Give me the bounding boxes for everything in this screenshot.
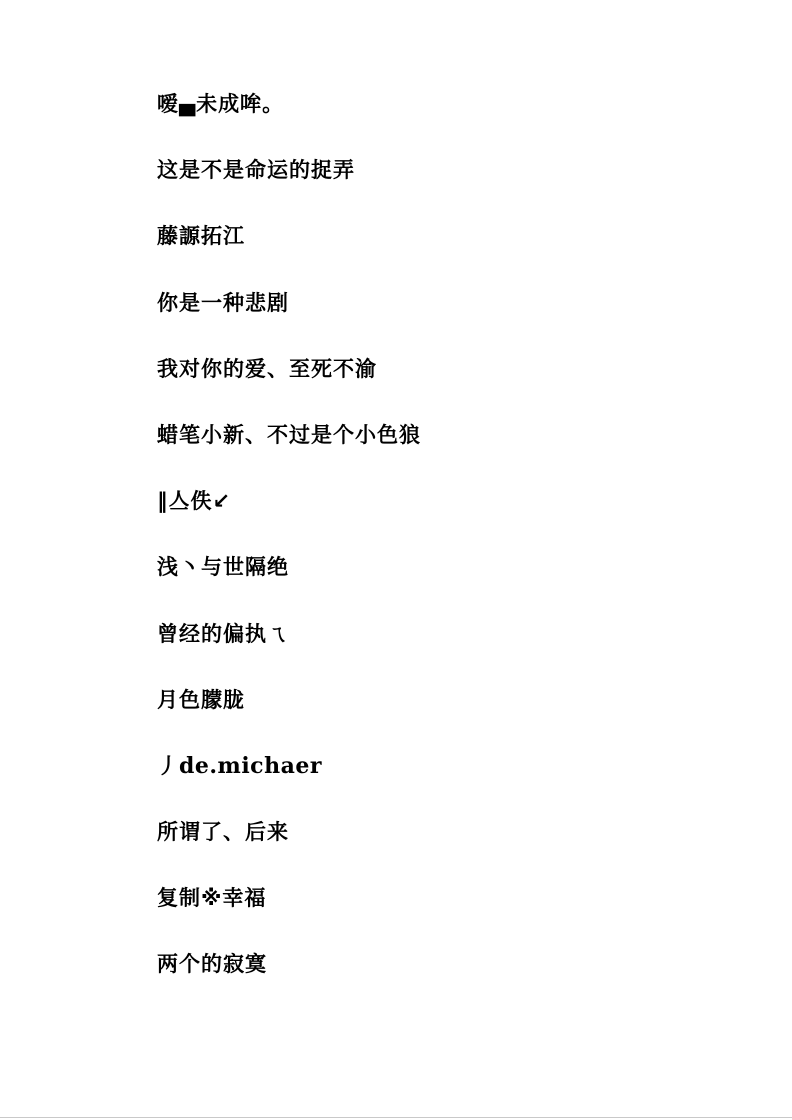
text-line: ‖亼佚↙: [157, 490, 421, 556]
text-content: 嗳▄未成哞。 这是不是命运的捉弄 藤謜拓江 你是一种悲剧 我对你的爱、至死不渝 …: [157, 93, 421, 1020]
text-line: 蜡笔小新、不过是个小色狼: [157, 424, 421, 490]
text-line: 所谓了、后来: [157, 821, 421, 887]
line-text: 所谓了、后来: [157, 820, 289, 844]
line-text: 我对你的爱、至死不渝: [157, 357, 377, 381]
text-line: 你是一种悲剧: [157, 292, 421, 358]
text-line: 两个的寂寞: [157, 953, 421, 1019]
line-text: 复制※幸福: [157, 886, 266, 910]
text-line: 我对你的爱、至死不渝: [157, 358, 421, 424]
line-text: 藤謜拓江: [157, 224, 245, 248]
text-line: 这是不是命运的捉弄: [157, 159, 421, 225]
line-cjk-prefix: 丿: [157, 754, 179, 778]
line-text: 曾经的偏执ㄟ: [157, 622, 289, 646]
line-latin-text: de.michaer: [179, 753, 322, 779]
text-line: 藤謜拓江: [157, 225, 421, 291]
line-text: 这是不是命运的捉弄: [157, 158, 355, 182]
line-text: 两个的寂寞: [157, 952, 267, 976]
text-line: 曾经的偏执ㄟ: [157, 623, 421, 689]
line-text: 嗳▄未成哞。: [157, 92, 284, 116]
line-text: ‖亼佚↙: [157, 489, 231, 513]
line-text: 浅丶与世隔绝: [157, 555, 289, 579]
line-text: 你是一种悲剧: [157, 291, 289, 315]
line-text: 月色朦胧: [157, 688, 245, 712]
text-line: 浅丶与世隔绝: [157, 556, 421, 622]
text-line: 嗳▄未成哞。: [157, 93, 421, 159]
line-text: 蜡笔小新、不过是个小色狼: [157, 423, 421, 447]
document-page: 嗳▄未成哞。 这是不是命运的捉弄 藤謜拓江 你是一种悲剧 我对你的爱、至死不渝 …: [0, 0, 792, 1120]
text-line: 月色朦胧: [157, 689, 421, 755]
page-bottom-edge: [0, 1117, 792, 1118]
text-line-mixed: 丿de.michaer: [157, 755, 421, 821]
text-line: 复制※幸福: [157, 887, 421, 953]
